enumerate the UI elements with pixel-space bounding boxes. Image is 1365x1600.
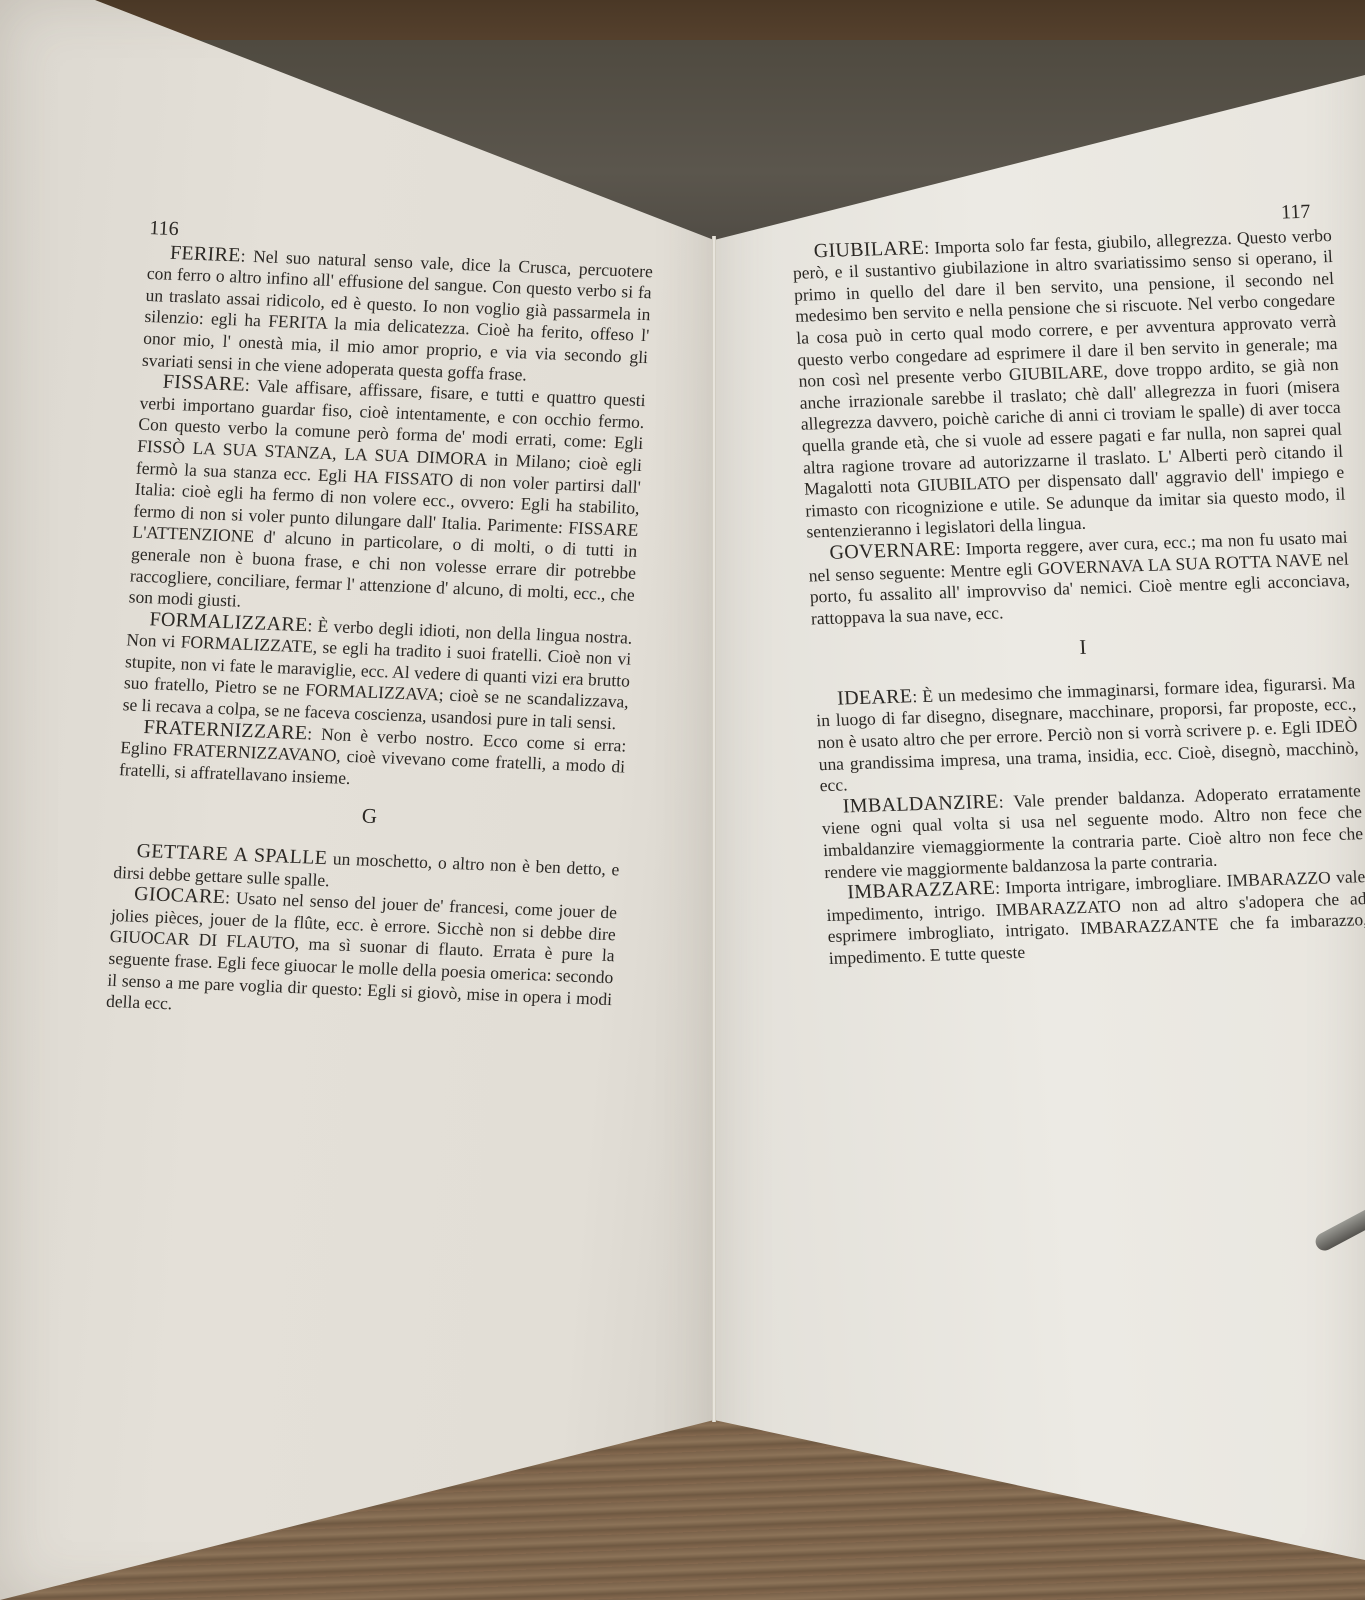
dictionary-entry: IDEARE: È un medesimo che immaginarsi, f… (815, 672, 1361, 797)
entry-headword: GIOCARE (134, 883, 226, 908)
dictionary-entry: GOVERNARE: Importa reggere, aver cura, e… (807, 526, 1351, 629)
entry-text: : Vale affisare, affissare, fisare, e tu… (128, 375, 646, 611)
entry-text: : È verbo degli idioti, non della lingua… (122, 615, 633, 733)
dictionary-entry: IMBARAZZARE: Importa intrigare, imbrogli… (825, 866, 1365, 969)
section-letter: I (812, 629, 1353, 668)
dictionary-entry: GIUBILARE: Importa solo far festa, giubi… (791, 225, 1347, 544)
entry-headword: GOVERNARE (829, 538, 956, 564)
entry-headword: FERIRE (169, 241, 241, 266)
dictionary-entry: FORMALIZZARE: È verbo degli idioti, non … (122, 608, 633, 735)
entry-headword: GIUBILARE (813, 236, 925, 261)
entry-text: : Nel suo natural senso vale, dice la Cr… (142, 245, 654, 384)
section-letter: G (116, 797, 622, 838)
entry-text: : Importa solo far festa, giubilo, alleg… (792, 225, 1345, 542)
entry-headword: FISSARE (162, 371, 245, 396)
entry-headword: IDEARE (837, 685, 913, 709)
photo-scene: 116 FERIRE: Nel suo natural senso vale, … (0, 0, 1365, 1600)
left-page-text: 116 FERIRE: Nel suo natural senso vale, … (106, 218, 655, 1032)
dictionary-entry: FISSARE: Vale affisare, affissare, fisar… (128, 371, 646, 628)
dictionary-entry: FERIRE: Nel suo natural senso vale, dice… (141, 242, 653, 391)
right-page-text: 117 GIUBILARE: Importa solo far festa, g… (790, 201, 1365, 970)
dictionary-entry: GIOCARE: Usato nel senso del jouer de' f… (106, 883, 618, 1032)
book-gutter (712, 236, 716, 1422)
